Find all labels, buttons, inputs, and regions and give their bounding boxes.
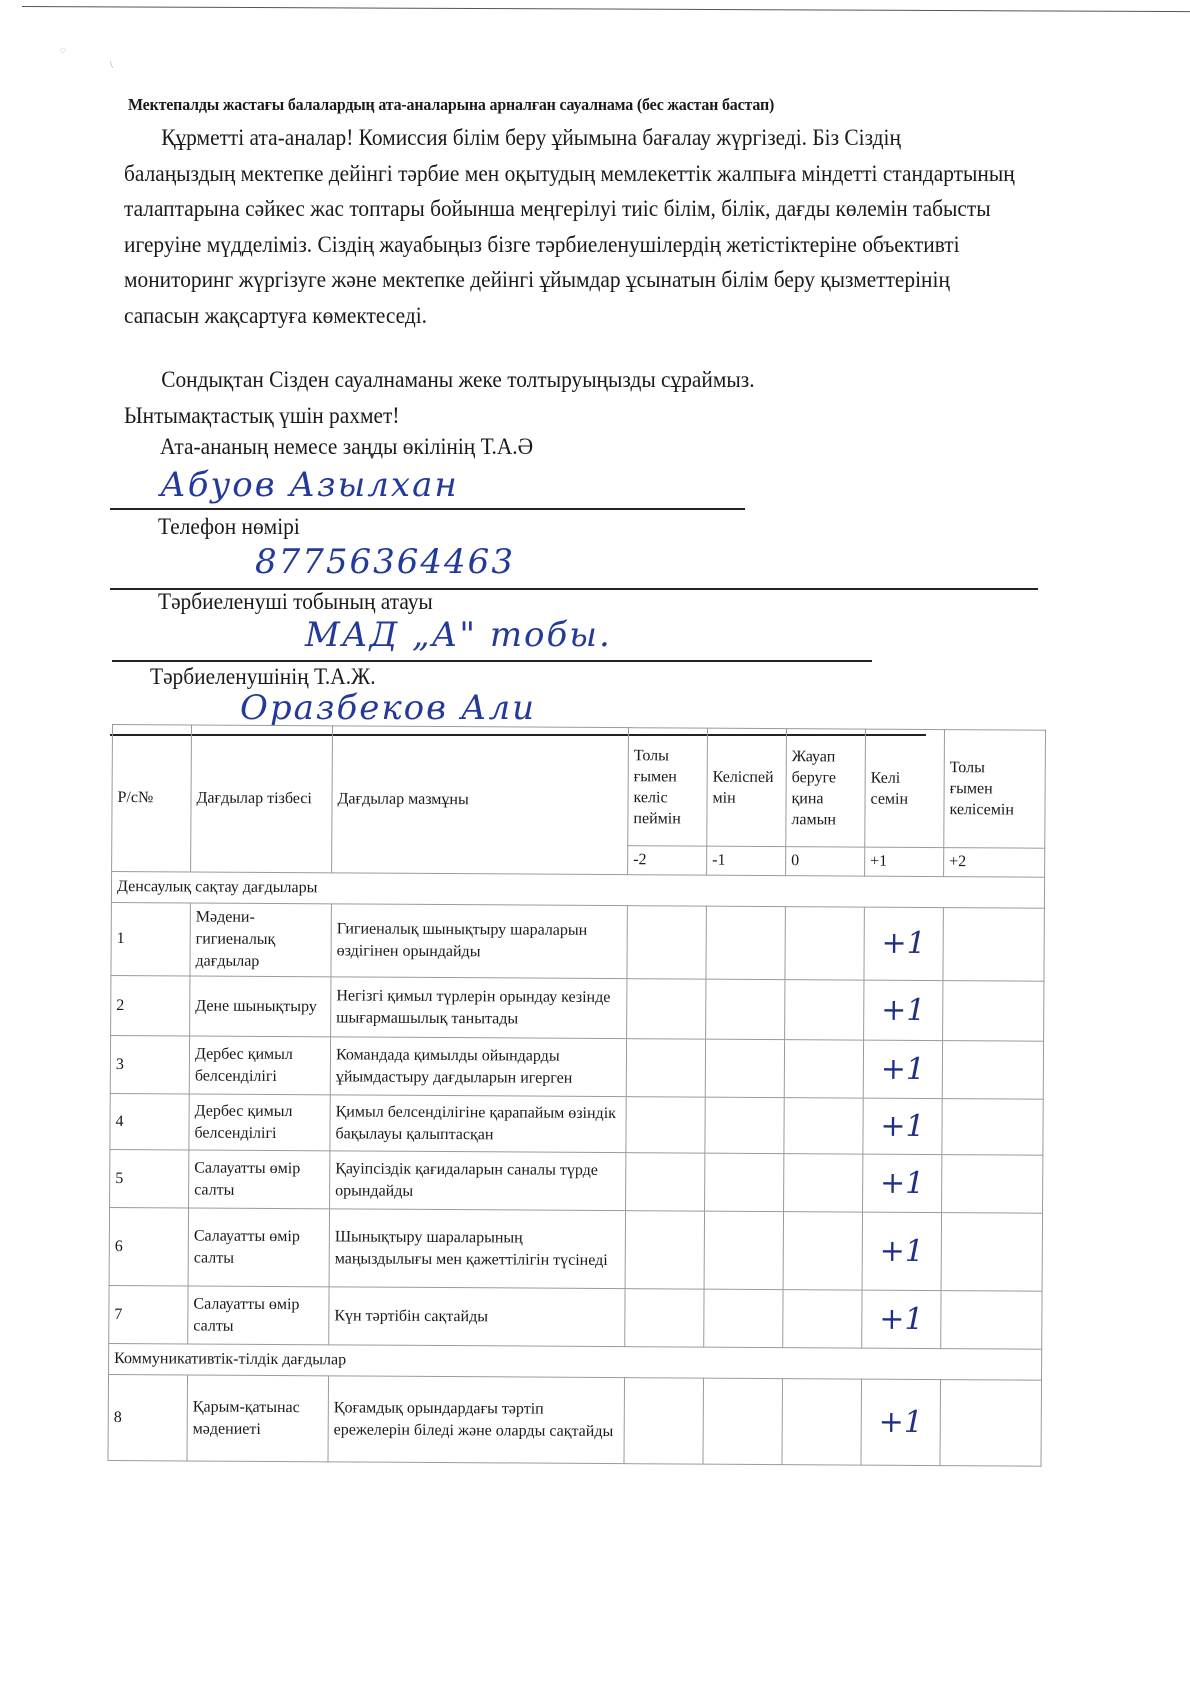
- table-row: 2Дене шынықтыруНегізгі қимыл түрлерін ор…: [111, 975, 1044, 1041]
- skill-content: Шынықтыру шараларының маңыздылығы мен қа…: [329, 1209, 625, 1289]
- scale-label-line: Келі: [871, 769, 901, 786]
- answer-cell[interactable]: [703, 1378, 783, 1464]
- skill-content: Қимыл белсенділігіне қарапайым өзіндік б…: [330, 1095, 626, 1153]
- scale-value: +2: [944, 848, 1045, 878]
- table-row: 4Дербес қимыл белсенділігіҚимыл белсенді…: [110, 1093, 1043, 1155]
- handwritten-mark: +1: [867, 1308, 935, 1330]
- scale-label-line: ламын: [791, 811, 836, 828]
- answer-cell[interactable]: [940, 1380, 1042, 1467]
- answer-cell[interactable]: [706, 906, 785, 979]
- header-skill: Дағдылар тізбесі: [191, 725, 333, 873]
- skill-content: Негізгі қимыл түрлерін орындау кезінде ш…: [331, 977, 627, 1039]
- skill-content: Командада қимылды ойындарды ұйымдастыру …: [330, 1037, 626, 1097]
- answer-cell[interactable]: [784, 1154, 863, 1212]
- skill-content: Қоғамдық орындардағы тәртіп ережелерін б…: [328, 1376, 625, 1464]
- scale-label-line: ғымен: [950, 780, 993, 797]
- scale-label-line: семін: [871, 790, 909, 807]
- group-line: [112, 660, 872, 662]
- scale-label-line: Жауап: [792, 748, 836, 765]
- scale-label-line: мін: [713, 789, 736, 806]
- handwritten-mark: +1: [869, 999, 937, 1021]
- table-row: 3Дербес қимыл белсенділігіКомандада қимы…: [110, 1035, 1043, 1099]
- survey-table: Р/с№ Дағдылар тізбесі Дағдылар мазмұны Т…: [107, 724, 1045, 1467]
- answer-cell[interactable]: [706, 979, 785, 1039]
- row-number: 4: [110, 1093, 189, 1149]
- row-number: 5: [110, 1149, 189, 1207]
- handwritten-mark: +1: [869, 1058, 937, 1080]
- answer-cell[interactable]: [783, 1290, 862, 1348]
- table-header-row: Р/с№ Дағдылар тізбесі Дағдылар мазмұны Т…: [112, 725, 1046, 849]
- answer-cell[interactable]: [624, 1378, 704, 1464]
- parent-name-value[interactable]: Абуов Азылхан: [160, 465, 459, 505]
- answer-cell[interactable]: [705, 1039, 784, 1097]
- header-scale-agree: Келісемін: [865, 729, 945, 847]
- answer-cell[interactable]: [782, 1379, 862, 1465]
- document-title: Мектепалды жастағы балалардың ата-аналар…: [128, 95, 774, 115]
- answer-cell[interactable]: +1: [861, 1379, 941, 1465]
- scale-value: -2: [628, 846, 707, 875]
- table-row: 7Салауатты өмір салтыКүн тәртібін сақтай…: [109, 1285, 1042, 1349]
- skill-name: Дербес қимыл белсенділігі: [189, 1094, 330, 1151]
- answer-cell[interactable]: +1: [862, 1212, 941, 1290]
- answer-cell[interactable]: [941, 1291, 1042, 1350]
- handwritten-mark: +1: [868, 1115, 936, 1137]
- phone-value[interactable]: 87756364463: [255, 542, 515, 582]
- group-label: Тәрбиеленуші тобының атауы: [158, 589, 433, 615]
- scan-edge-line: [22, 6, 1190, 12]
- request-text: Сондықтан Сізден сауалнаманы жеке толтыр…: [161, 367, 754, 392]
- handwritten-mark: +1: [868, 1240, 936, 1262]
- answer-cell[interactable]: [704, 1211, 783, 1289]
- skill-name: Дене шынықтыру: [190, 976, 331, 1037]
- scan-speck: ◌: [60, 45, 66, 56]
- answer-cell[interactable]: [625, 1211, 704, 1289]
- header-scale-strongly-disagree: Толығыменкеліспеймін: [628, 728, 708, 846]
- row-number: 1: [111, 902, 190, 975]
- parent-name-line: [110, 508, 745, 510]
- answer-cell[interactable]: +1: [863, 1040, 942, 1098]
- row-number: 3: [110, 1035, 189, 1093]
- request-paragraph: Сондықтан Сізден сауалнаманы жеке толтыр…: [124, 362, 1017, 433]
- answer-cell[interactable]: +1: [864, 907, 943, 980]
- skill-content: Қауіпсіздік қағидаларын саналы түрде оры…: [330, 1151, 626, 1211]
- answer-cell[interactable]: +1: [864, 980, 943, 1040]
- answer-cell[interactable]: [627, 906, 706, 979]
- group-value[interactable]: МАД „А" тобы.: [305, 615, 612, 655]
- answer-cell[interactable]: [705, 1097, 784, 1153]
- answer-cell[interactable]: [785, 907, 864, 980]
- scale-label-line: Толы: [634, 747, 669, 764]
- header-no: Р/с№: [112, 725, 192, 872]
- answer-cell[interactable]: +1: [862, 1290, 941, 1348]
- answer-cell[interactable]: +1: [863, 1154, 942, 1212]
- scale-label-line: ғымен: [634, 768, 677, 785]
- scale-value: -1: [707, 846, 786, 875]
- row-number: 8: [108, 1374, 188, 1460]
- header-scale-disagree: Келіспеймін: [707, 728, 787, 846]
- phone-label: Телефон нөмірі: [158, 514, 300, 540]
- scan-speck: \: [110, 60, 113, 71]
- answer-cell[interactable]: [704, 1289, 783, 1347]
- answer-cell[interactable]: [784, 1098, 863, 1154]
- parent-name-label: Ата-ананың немесе заңды өкілінің Т.А.Ә: [160, 434, 533, 460]
- scale-label-line: келіс: [634, 789, 668, 806]
- answer-cell[interactable]: [785, 980, 864, 1040]
- scale-label-line: келісемін: [949, 801, 1014, 818]
- skill-content: Күн тәртібін сақтайды: [329, 1287, 625, 1347]
- scale-label-line: пеймін: [633, 810, 680, 827]
- skill-name: Дербес қимыл белсенділігі: [189, 1036, 330, 1095]
- scale-label-line: Толы: [950, 759, 985, 776]
- scale-label-line: беруге: [792, 769, 836, 786]
- child-name-value[interactable]: Оразбеков Али: [240, 688, 536, 728]
- scale-label-line: Келіспей: [713, 768, 774, 785]
- answer-cell[interactable]: [626, 1153, 705, 1211]
- answer-cell[interactable]: +1: [863, 1098, 942, 1154]
- answer-cell[interactable]: [626, 1039, 705, 1097]
- answer-cell[interactable]: [941, 1213, 1042, 1292]
- handwritten-mark: +1: [867, 1411, 935, 1433]
- answer-cell[interactable]: [705, 1153, 784, 1211]
- skill-name: Мәдени-гигиеналық дағдылар: [190, 903, 331, 977]
- scale-value: +1: [865, 847, 944, 876]
- skill-content: Гигиеналық шынықтыру шараларын өздігінен…: [331, 904, 627, 979]
- skill-name: Салауатты өмір салты: [188, 1208, 329, 1287]
- skill-name: Қарым-қатынас мәдениеті: [187, 1375, 329, 1462]
- scale-label-line: қина: [792, 790, 824, 807]
- answer-cell[interactable]: [942, 1099, 1043, 1156]
- table-row: 1Мәдени-гигиеналық дағдыларГигиеналық шы…: [111, 902, 1044, 981]
- answer-cell[interactable]: [626, 1097, 705, 1153]
- answer-cell[interactable]: [942, 1155, 1043, 1214]
- skill-name: Салауатты өмір салты: [188, 1286, 329, 1345]
- scale-value: 0: [786, 847, 865, 876]
- answer-cell[interactable]: [943, 908, 1044, 982]
- answer-cell[interactable]: [783, 1212, 862, 1290]
- row-number: 6: [109, 1207, 188, 1285]
- header-scale-strongly-agree: Толығыменкелісемін: [944, 730, 1046, 849]
- intro-text: Құрметті ата-аналар! Комиссия білім беру…: [124, 125, 1015, 328]
- handwritten-mark: +1: [870, 933, 938, 955]
- answer-cell[interactable]: [627, 979, 706, 1039]
- header-content: Дағдылар мазмұны: [332, 726, 629, 875]
- answer-cell[interactable]: [942, 1041, 1043, 1100]
- child-name-label: Тәрбиеленушінің Т.А.Ж.: [150, 664, 376, 690]
- answer-cell[interactable]: [784, 1040, 863, 1098]
- thanks-text: Ынтымақтастық үшін рахмет!: [124, 403, 399, 428]
- row-number: 2: [111, 975, 190, 1035]
- handwritten-mark: +1: [868, 1172, 936, 1194]
- table-row: 5Салауатты өмір салтыҚауіпсіздік қағидал…: [110, 1149, 1043, 1213]
- skill-name: Салауатты өмір салты: [189, 1150, 330, 1209]
- header-scale-neutral: Жауапберугеқиналамын: [786, 729, 866, 847]
- intro-paragraph: Құрметті ата-аналар! Комиссия білім беру…: [124, 120, 1017, 333]
- answer-cell[interactable]: [943, 981, 1044, 1042]
- table-row: 8Қарым-қатынас мәдениетіҚоғамдық орындар…: [108, 1374, 1042, 1466]
- table-row: 6Салауатты өмір салтыШынықтыру шараларын…: [109, 1207, 1042, 1291]
- answer-cell[interactable]: [625, 1289, 704, 1347]
- row-number: 7: [109, 1285, 188, 1343]
